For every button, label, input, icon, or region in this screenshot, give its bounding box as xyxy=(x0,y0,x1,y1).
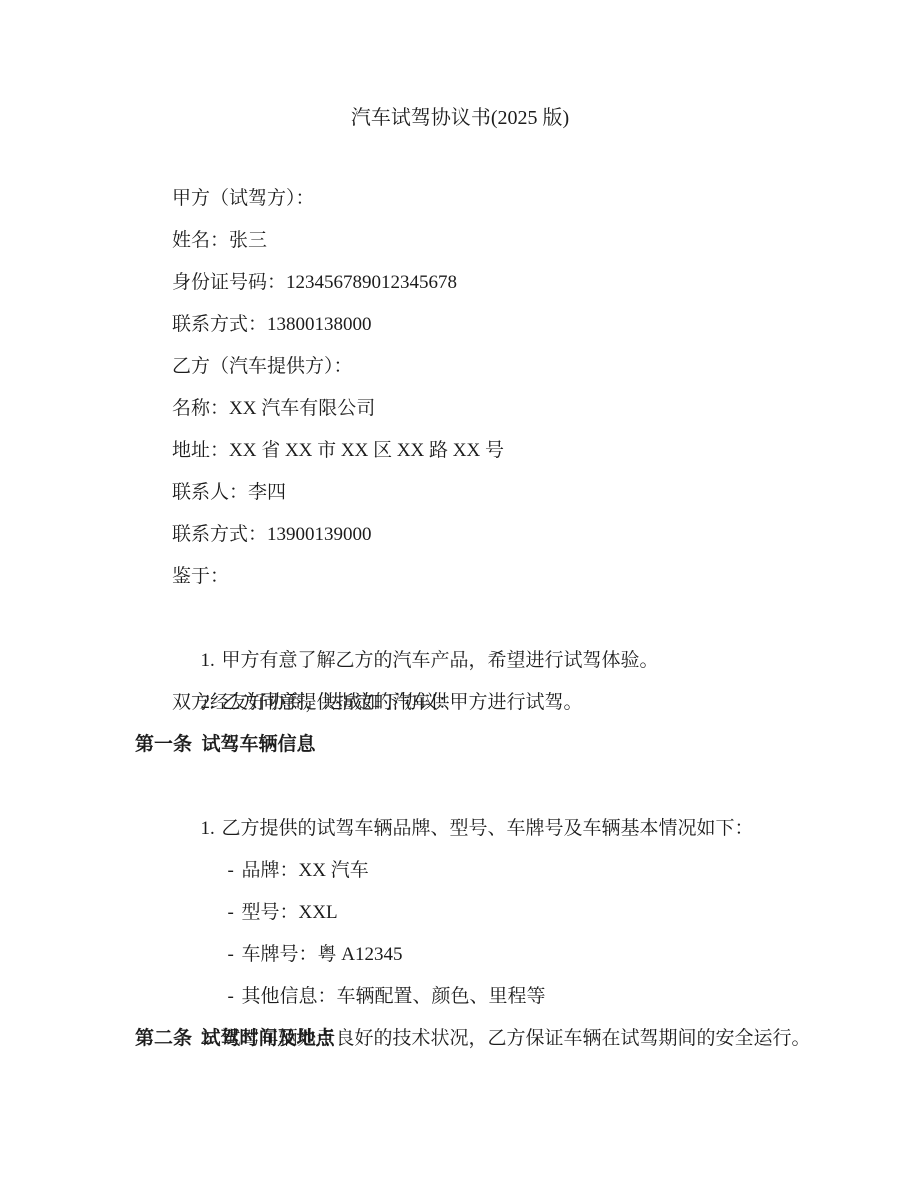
party-a-id-number: 身份证号码：123456789012345678 xyxy=(0,262,920,304)
party-b-phone: 联系方式：13900139000 xyxy=(0,514,920,556)
article-1-item-1-text: 乙方提供的试驾车辆品牌、型号、车牌号及车辆基本情况如下： xyxy=(222,818,754,839)
vehicle-detail-other: -其他信息：车辆配置、颜色、里程等 xyxy=(0,934,920,976)
vehicle-detail-plate: -车牌号：粤 A12345 xyxy=(0,892,920,934)
vehicle-detail-brand-text: 品牌：XX 汽车 xyxy=(242,860,369,881)
vehicle-detail-other-text: 其他信息：车辆配置、颜色、里程等 xyxy=(242,986,546,1007)
recitals-label: 鉴于： xyxy=(0,556,920,598)
dash-bullet: - xyxy=(228,892,242,934)
party-b-address: 地址：XX 省 XX 市 XX 区 XX 路 XX 号 xyxy=(0,430,920,472)
article-1-heading: 第一条 试驾车辆信息 xyxy=(0,724,920,766)
dash-bullet: - xyxy=(228,850,242,892)
document-page: 汽车试驾协议书(2025 版) 甲方（试驾方）： 姓名：张三 身份证号码：123… xyxy=(0,0,920,1191)
party-a-label: 甲方（试驾方）： xyxy=(0,178,920,220)
recital-item-1: 1.甲方有意了解乙方的汽车产品，希望进行试驾体验。 xyxy=(0,598,920,640)
document-body: 甲方（试驾方）： 姓名：张三 身份证号码：123456789012345678 … xyxy=(0,178,920,1060)
recital-item-1-text: 甲方有意了解乙方的汽车产品，希望进行试驾体验。 xyxy=(222,650,659,671)
party-b-company: 名称：XX 汽车有限公司 xyxy=(0,388,920,430)
party-b-label: 乙方（汽车提供方）： xyxy=(0,346,920,388)
list-number: 1. xyxy=(201,640,222,682)
dash-bullet: - xyxy=(228,976,242,1018)
vehicle-detail-plate-text: 车牌号：粤 A12345 xyxy=(242,944,403,965)
dash-bullet: - xyxy=(228,934,242,976)
vehicle-detail-model: -型号：XXL xyxy=(0,850,920,892)
article-1-item-1: 1.乙方提供的试驾车辆品牌、型号、车牌号及车辆基本情况如下： xyxy=(0,766,920,808)
document-title: 汽车试驾协议书(2025 版) xyxy=(0,103,920,133)
party-b-contact: 联系人：李四 xyxy=(0,472,920,514)
party-a-phone: 联系方式：13800138000 xyxy=(0,304,920,346)
party-a-name: 姓名：张三 xyxy=(0,220,920,262)
vehicle-detail-model-text: 型号：XXL xyxy=(242,902,338,923)
list-number: 1. xyxy=(201,808,222,850)
